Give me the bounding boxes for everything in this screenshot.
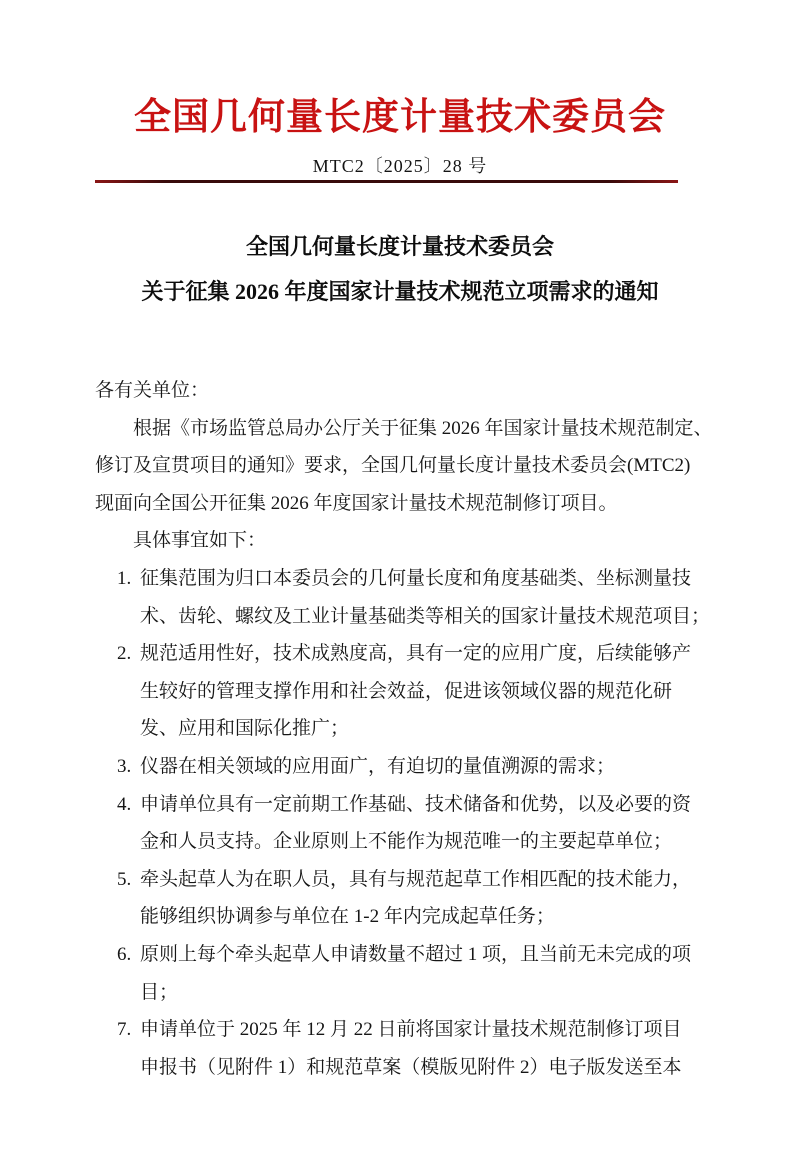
numbered-list: 1.征集范围为归口本委员会的几何量长度和角度基础类、坐标测量技术、齿轮、螺纹及工… xyxy=(95,560,710,1086)
list-item-number: 3. xyxy=(117,748,140,786)
list-item: 1.征集范围为归口本委员会的几何量长度和角度基础类、坐标测量技术、齿轮、螺纹及工… xyxy=(95,560,710,635)
document-page: 全国几何量长度计量技术委员会 MTC2〔2025〕28 号 全国几何量长度计量技… xyxy=(0,0,800,1149)
list-item-line: 术、齿轮、螺纹及工业计量基础类等相关的国家计量技术规范项目； xyxy=(140,598,710,636)
list-item: 7.申请单位于 2025 年 12 月 22 日前将国家计量技术规范制修订项目申… xyxy=(95,1011,710,1086)
list-item: 5.牵头起草人为在职人员，具有与规范起草工作相匹配的技术能力，能够组织协调参与单… xyxy=(95,861,710,936)
list-item-text: 申请单位于 2025 年 12 月 22 日前将国家计量技术规范制修订项目申报书… xyxy=(140,1011,682,1086)
paragraph-line: 根据《市场监管总局办公厅关于征集 2026 年国家计量技术规范制定、 xyxy=(95,410,710,448)
list-item-text: 原则上每个牵头起草人申请数量不超过 1 项，且当前无未完成的项目； xyxy=(140,936,691,1011)
list-item-line: 申报书（见附件 1）和规范草案（模版见附件 2）电子版发送至本 xyxy=(140,1049,682,1087)
list-item: 4.申请单位具有一定前期工作基础、技术储备和优势，以及必要的资金和人员支持。企业… xyxy=(95,786,710,861)
list-item-text: 仪器在相关领域的应用面广，有迫切的量值溯源的需求； xyxy=(140,748,615,786)
list-item-text: 征集范围为归口本委员会的几何量长度和角度基础类、坐标测量技术、齿轮、螺纹及工业计… xyxy=(140,560,710,635)
list-item-line: 金和人员支持。企业原则上不能作为规范唯一的主要起草单位； xyxy=(140,823,691,861)
letterhead-divider-rule xyxy=(95,180,678,183)
notice-body: 各有关单位： 根据《市场监管总局办公厅关于征集 2026 年国家计量技术规范制定… xyxy=(95,372,710,1086)
list-item-number: 1. xyxy=(117,560,140,598)
letterhead-org-title: 全国几何量长度计量技术委员会 xyxy=(0,86,800,140)
list-item-line: 仪器在相关领域的应用面广，有迫切的量值溯源的需求； xyxy=(140,748,615,786)
list-intro: 具体事宜如下： xyxy=(95,522,710,560)
list-item: 6.原则上每个牵头起草人申请数量不超过 1 项，且当前无未完成的项目； xyxy=(95,936,710,1011)
list-item-line: 申请单位具有一定前期工作基础、技术储备和优势，以及必要的资 xyxy=(140,786,691,824)
list-item-line: 生较好的管理支撑作用和社会效益，促进该领域仪器的规范化研 xyxy=(140,673,691,711)
list-item-text: 牵头起草人为在职人员，具有与规范起草工作相匹配的技术能力，能够组织协调参与单位在… xyxy=(140,861,691,936)
list-item-number: 6. xyxy=(117,936,140,974)
document-number: MTC2〔2025〕28 号 xyxy=(0,152,800,178)
list-item-number: 2. xyxy=(117,635,140,673)
salutation: 各有关单位： xyxy=(95,372,710,410)
notice-title-line1: 全国几何量长度计量技术委员会 xyxy=(0,230,800,261)
paragraph-line: 现面向全国公开征集 2026 年度国家计量技术规范制修订项目。 xyxy=(95,485,710,523)
list-item-number: 4. xyxy=(117,786,140,824)
list-item-text: 规范适用性好，技术成熟度高，具有一定的应用广度，后续能够产生较好的管理支撑作用和… xyxy=(140,635,691,748)
paragraph-line: 修订及宣贯项目的通知》要求，全国几何量长度计量技术委员会(MTC2) xyxy=(95,447,710,485)
list-item-line: 规范适用性好，技术成熟度高，具有一定的应用广度，后续能够产 xyxy=(140,635,691,673)
notice-title-line2: 关于征集 2026 年度国家计量技术规范立项需求的通知 xyxy=(0,275,800,306)
list-item: 2.规范适用性好，技术成熟度高，具有一定的应用广度，后续能够产生较好的管理支撑作… xyxy=(95,635,710,748)
list-item-line: 目； xyxy=(140,974,691,1012)
list-item-number: 7. xyxy=(117,1011,140,1049)
list-item-line: 征集范围为归口本委员会的几何量长度和角度基础类、坐标测量技 xyxy=(140,560,710,598)
list-item-number: 5. xyxy=(117,861,140,899)
list-item-line: 申请单位于 2025 年 12 月 22 日前将国家计量技术规范制修订项目 xyxy=(140,1011,682,1049)
list-item-text: 申请单位具有一定前期工作基础、技术储备和优势，以及必要的资金和人员支持。企业原则… xyxy=(140,786,691,861)
list-item-line: 牵头起草人为在职人员，具有与规范起草工作相匹配的技术能力， xyxy=(140,861,691,899)
list-item-line: 能够组织协调参与单位在 1-2 年内完成起草任务； xyxy=(140,898,691,936)
list-item-line: 发、应用和国际化推广； xyxy=(140,710,691,748)
list-item-line: 原则上每个牵头起草人申请数量不超过 1 项，且当前无未完成的项 xyxy=(140,936,691,974)
list-item: 3.仪器在相关领域的应用面广，有迫切的量值溯源的需求； xyxy=(95,748,710,786)
